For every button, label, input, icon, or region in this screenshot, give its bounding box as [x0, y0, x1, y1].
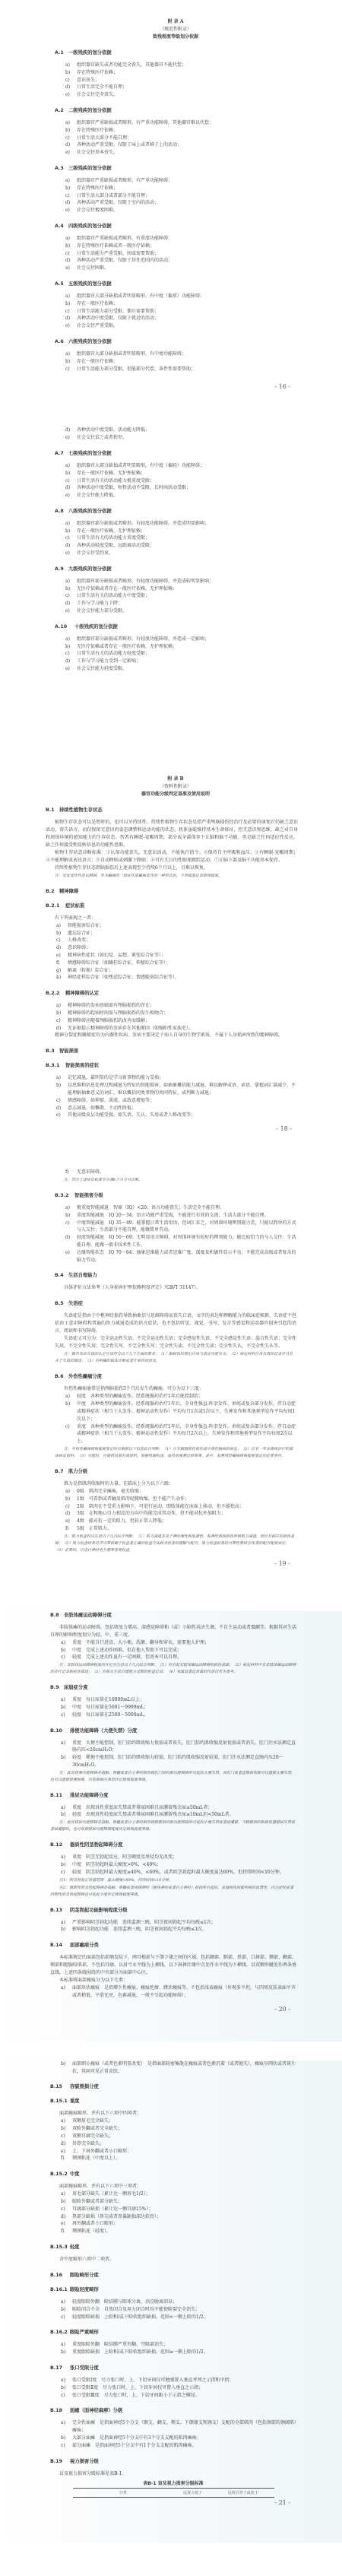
list-marker: a)	[61, 2341, 72, 2349]
note: 注：此处排尿功能障碍是指脑、脊髓或者自主神经损伤致膀胱括约肌功能障碍所引起的小便…	[50, 1819, 296, 1833]
list-item: e)社会交往完全丧失。	[65, 91, 296, 99]
appendix-a-sections-2: A.7七级残疾的划分依据a)组织器官大部分缺损或者明显畸形，有中度（偏轻）功能障…	[55, 449, 296, 673]
list-item: c)日常生活有关的活动能力重度受限；	[65, 535, 296, 542]
list-item: d)意识障碍；	[56, 944, 298, 952]
subsection-heading: B.16.2眼睑严重畸形	[50, 2328, 296, 2335]
list-marker: d)	[65, 1510, 77, 1518]
list-marker: b)	[56, 1082, 68, 1097]
list-item: b)重度眼睑缺损 上睑和/或下睑软组织缺损，范围≥一侧上睑的1/2。	[61, 2349, 296, 2356]
list-marker: a)	[61, 1696, 72, 1704]
list-text: 组织器官部分缺损或者畸形，有轻度功能障碍，并造成一定影响；	[77, 636, 296, 643]
list-marker: c)	[65, 1220, 77, 1235]
list-item: a)组织器官大部分缺损或者明显畸形，有中度（偏轻）功能障碍；	[65, 462, 296, 470]
list-text: 社会交往基本丧失。	[77, 149, 296, 157]
section-heading: B.6外伤性癫痫分度	[55, 1372, 296, 1379]
section-heading: B.9尿崩症分度	[50, 1683, 296, 1690]
list-text: 极重度智能减退 智商（IQ）<20；语言功能丧失；生活完全不能自理。	[77, 1204, 296, 1212]
list-item: b)轻度 稀便不能控制，肛门括约肌收缩力较弱，肛门括约肌收缩反射较弱，肛门注水法…	[61, 1754, 296, 1769]
list-item: d)鼻部分缺损（鼻尖或者鼻翼缺损深达软骨）；	[61, 2213, 296, 2221]
list-text: 影响阴茎勃起功能 连续监测三晚，阴茎夜间勃起平均每晚≤3次。	[72, 1926, 296, 1934]
subsection-heading: B.3.2智能损害分级	[55, 1191, 296, 1198]
grading-list: a)轻度 各种类型的癫痫发作，经系统服药治疗1年后能控制的；b)中度 各种类型的…	[65, 1393, 296, 1445]
list-marker: c)	[56, 1097, 68, 1105]
list-marker: c)	[61, 2206, 72, 2213]
list-marker: c)	[65, 366, 77, 373]
subsection-heading: B.15.1重度	[50, 2097, 296, 2104]
list-marker: d)	[65, 315, 77, 322]
intro-text: 盲及视力损害分级标准见表B-1。	[50, 2470, 296, 2478]
list-marker: d)	[56, 1025, 68, 1033]
section-heading: A.5五级残疾的划分依据	[55, 280, 296, 287]
page-17-body: B.1持续性植物生存状态 植物生存状态可以是暂时的，也可以呈持续性。持续性植物生…	[0, 806, 342, 1132]
list-marker: a)	[61, 1919, 72, 1927]
list-text: 日常生活有关的活动能力重度受限；	[77, 535, 296, 542]
list-item: d)日常生活完全不能自理；	[65, 84, 296, 91]
list-item: c)2级 肌肉在不受重力影响下，可进行运动，即肢体能在床面上移动，但不能抬高；	[65, 1503, 296, 1511]
section-heading: B.16眼睑畸形分度	[50, 2271, 296, 2278]
list-item: c)重度 各种类型的癫痫发作，经系统服药治疗1年后，全身性强直-阵挛发作、单纯或…	[65, 1423, 296, 1445]
list-marker: a)	[65, 62, 77, 69]
paragraph: 精神分裂症和躁郁症均为内源性疾病，发病主要决定于病人自身的生物学素质，不属于人身…	[46, 1032, 298, 1039]
subsection-heading: B.16.1眼睑轻度畸形	[50, 2286, 296, 2292]
list-text: 其他高级皮层功能受损，如失语、失认、失用或者人格改变等；	[68, 1112, 298, 1119]
list-marker: c)	[61, 1654, 72, 1661]
list-text: 重度 每日尿量在10000mL以上；	[72, 1696, 296, 1704]
grading-list: a)重度 大便不能控制，肛门括约肌收缩力很弱或者丧失，肛门括约肌收缩反射很弱或者…	[61, 1740, 296, 1769]
list-item: b)存在一般医疗依赖；	[65, 358, 296, 366]
list-marker: e)	[65, 149, 77, 157]
list-marker: e)	[65, 434, 77, 442]
list-text: 存在特殊医疗依赖或者一般医疗依赖；	[77, 243, 296, 250]
list-item: h)神经症样综合征（如焦虑综合征、情感脆弱综合征等）。	[56, 974, 298, 982]
grading-list: a)重度 阴茎无勃起反应，阴茎硬度及周径均无改变；b)中度 阴茎勃起时最大硬度>…	[61, 1854, 296, 1876]
list-marker: e)	[61, 2220, 72, 2228]
list-text: 0级 肌肉完全瘫痪，毫无收缩；	[77, 1488, 296, 1496]
list-text: 组织器官严重缺损或者畸形，有重度功能障碍；	[77, 235, 296, 243]
list-text: 重度眼睑外翻 睑结膜严重外翻，穹隆部消失；	[72, 2341, 296, 2349]
grading-list: a)严重影响阴茎勃起功能 连续监测三晚，阴茎夜间勃起平均每晚≤1次；b)影响阴茎…	[61, 1919, 296, 1934]
list-text: 重度 阴茎无勃起反应，阴茎硬度及周径均无改变；	[72, 1854, 296, 1861]
list-item: d)各种活动严重受限，仅限于室内的活动；	[65, 199, 296, 207]
intro-text: 含中度畸形六项中二项者。	[50, 2256, 296, 2264]
section-heading: A.6六级残疾的划分依据	[55, 338, 296, 344]
list-marker: a)	[65, 1204, 77, 1212]
list-marker: c)	[65, 592, 77, 600]
note: 注：肌力检查时应注意以下几点综合判断：（1）肌力减退多见于神经源性和肌源性，如神…	[55, 1534, 296, 1554]
subsection-heading: B.15.3轻度	[50, 2243, 296, 2250]
list-marker: b)	[61, 1647, 72, 1654]
list-item: b)存在特殊医疗依赖；	[65, 127, 296, 135]
list-item: b)存在一般医疗依赖；	[65, 300, 296, 308]
list-item: c)意识丧失；	[65, 77, 296, 84]
list-text: 眼睑闭合不全 自然闭合及用力闭合时均不能使睑裂完全消失；	[72, 2306, 296, 2314]
list-text: 眉毛部分缺失（累计达一侧眉毛1/2）；	[72, 2191, 296, 2198]
list-marker: b)	[65, 243, 77, 250]
section-heading: A.9九级残疾的划分依据	[55, 565, 296, 572]
paragraph: 持续性植物生存状态指脑损伤后上述表现至少持续6个月以上，且难以恢复。	[46, 864, 298, 872]
table-caption: 表B-1 盲及视力损害分级标准	[73, 2479, 274, 2486]
paragraph: 植物生存状态可以是暂时的，也可以呈持续性。持续性植物生存状态是指严重颅脑损伤经治…	[46, 819, 298, 849]
list-item: b)存在特殊医疗依赖；	[65, 185, 296, 192]
paragraph: 具体评价方法参考《人身损害护理依赖程度评定》（GB/T 31147）。	[55, 1284, 296, 1292]
criteria-list: a)组织器官部分缺损或者畸形，有轻度功能障碍，并造成一定影响；b)无医疗依赖或者…	[65, 636, 296, 673]
appendix-b-subtitle: 器官功能分级判定基准及使用说明	[55, 791, 296, 798]
list-marker: a)	[65, 293, 77, 300]
criteria-list: a)组织器官部分缺损或者畸形，有轻度功能障碍，并造成较明显影响；b)无医疗依赖或…	[65, 578, 296, 615]
list-marker: d)	[65, 427, 77, 434]
list-marker: b)	[65, 300, 77, 308]
criteria-list: a)组织器官大部分缺损或者明显畸形，有中度（偏重）功能障碍；b)存在一般医疗依赖…	[65, 293, 296, 330]
list-marker: d)	[65, 257, 77, 265]
list-text: 严重影响阴茎勃起功能 连续监测三晚，阴茎夜间勃起平均每晚≤1次；	[72, 1919, 296, 1927]
table-header: 远视力低于	[173, 2488, 212, 2497]
section-heading: B.19视力损害分级	[50, 2457, 296, 2464]
list-text: 各种活动中度受限，仅限于就近的活动；	[77, 315, 296, 322]
list-text: 组织器官严重缺损或者畸形，有严重功能障碍；	[77, 177, 296, 185]
intro-text: 面部瘢痕畸形，并有以下六项中三项者：	[50, 2183, 296, 2191]
list-item: c)轻度 每日尿量在2500～5000mL。	[61, 1712, 296, 1719]
list-text: 5级 正常肌力。	[77, 1525, 296, 1533]
page-19: f)无意识障碍。 注：符合上述症状标准至少满6个月方可诊断。 B.3.2智能损害…	[0, 1169, 342, 1567]
list-text: 社会交往受约束。	[77, 550, 296, 557]
list-text: 轻度 完成上述动作虽有一定困难，但基本可以自理。	[72, 1654, 296, 1661]
list-item: e)唇外翻或者小口畸形；	[61, 2220, 296, 2228]
list-item: e)其他高级皮层功能受损，如失语、失认、失用或者人格改变等；	[56, 1112, 298, 1119]
list-text: 轻度眼睑外翻 睑结膜与眼球分离，泪点脱离泪阜；	[72, 2298, 296, 2306]
intro-text: 肌力是指肌肉收缩时的力量，在临床上分为以下六级：	[55, 1480, 296, 1488]
list-marker: d)	[65, 484, 77, 492]
criteria-list: a)精神障碍的发病基础需有颅脑损伤的存在；b)精神障碍的起病时间需与颅脑损伤的发…	[56, 1002, 298, 1032]
section-heading: B.8非肢体瘫运动障碍分度	[50, 1611, 296, 1618]
paragraph: 本标准规定的面部包括前额发际下，两耳根前与下颌下缘之间的区域，包括额部、眶部、鼻…	[50, 1954, 296, 1977]
list-marker: b)	[61, 1926, 72, 1934]
list-item: c)耳廓部分缺损（累计达一侧耳廓15%）；	[61, 2206, 296, 2213]
list-marker: a)	[61, 2298, 72, 2306]
list-text: 社会交往能力降低。	[77, 492, 296, 500]
list-text: 耳廓部分缺损（累计达一侧耳廓15%）；	[72, 2206, 296, 2213]
list-marker: b)	[65, 643, 77, 651]
list-text: 轻度 各种类型的癫痫发作，经系统服药治疗1年后能控制的；	[77, 1393, 296, 1401]
list-item: b)眼睑外翻或者部分缺失；	[61, 2198, 296, 2206]
list-marker: g)	[56, 967, 68, 975]
list-text: 日常生活大部分或者部分不能自理；	[77, 192, 296, 200]
list-text: 存在特殊医疗依赖；	[77, 69, 296, 77]
list-text: 意识障碍；	[68, 944, 298, 952]
list-text: 智能损害综合征；	[68, 922, 298, 930]
list-text: 外鼻完全缺失；	[72, 2140, 296, 2148]
list-marker: b)	[61, 1754, 72, 1769]
list-text: 完全性面瘫 是指面神经5个分支（颞支、颧支、颊支、下颌缘支和颈支）支配的全部肌肉…	[72, 2419, 296, 2435]
list-text: 3级 在和地心引力相反的方向中尚能完成其动作，但不能对抗外加阻力；	[77, 1510, 296, 1518]
appendix-a-type: （规范性附录）	[55, 26, 296, 33]
list-item: b)以思维和信息处理过程减退为特征的智能损害，如抽象概括能力减退，难以解释成语、…	[56, 1082, 298, 1097]
list-item: b)影响阴茎勃起功能 连续监测三晚，阴茎夜间勃起平均每晚≤3次。	[61, 1926, 296, 1934]
list-item: a)严重影响阴茎勃起功能 连续监测三晚，阴茎夜间勃起平均每晚≤1次；	[61, 1919, 296, 1927]
page-number: - 20 -	[50, 2006, 296, 2013]
list-marker: e)	[56, 1112, 68, 1119]
list-item: d)各种活动轻度受限，远距离活动受限；	[65, 542, 296, 550]
list-marker: e)	[65, 1249, 77, 1264]
list-marker: b)	[65, 585, 77, 593]
list-marker: c)	[65, 650, 77, 658]
list-text: 社会交往能力轻度受限。	[77, 665, 296, 673]
symptom-list: a)记忆减退，最明显的是学习新事物的能力受损；b)以思维和信息处理过程减退为特征…	[56, 1074, 298, 1119]
grading-list: a)重度 每日尿量在10000mL以上；b)中度 每日尿量在5001～9999m…	[61, 1696, 296, 1718]
list-text: 大部分面瘫 是指面神经5个分支中有3个分支支配的肌肉瘫痪；	[72, 2435, 296, 2442]
list-text: 精神病性症状（如幻觉、妄想、紧张综合征等）；	[68, 952, 298, 960]
list-text: 记忆减退，最明显的是学习新事物的能力受损；	[68, 1074, 298, 1082]
section-heading: B.17张口受限分度	[50, 2364, 296, 2371]
list-item: b)中度 完成上述动作困难，但在他人帮助下可以完成；	[61, 1647, 296, 1654]
list-item: c)日常生活大部分不能自理；	[65, 135, 296, 142]
section-heading: B.12器质性阴茎勃起障碍分度	[50, 1841, 296, 1848]
list-text: 日常生活能力部分受限，但能部分代偿，条件性需要帮助；	[77, 366, 296, 373]
list-item: a)重度 不能自行进食、大小便、洗漱、翻身和穿衣，需要他人护理；	[61, 1639, 296, 1647]
list-item: b)无医疗依赖或者存在一般医疗依赖，无护理依赖；	[65, 643, 296, 651]
list-marker: c)	[65, 308, 77, 316]
list-text: 人格改变；	[68, 937, 298, 944]
list-text: 组织器官缺失或者功能完全丧失，其他器官不能代偿；	[77, 62, 296, 69]
list-item: e)社会交往困难。	[65, 265, 296, 272]
list-text: 轻度 阴茎勃起时最大硬度≥40%，<60%，或者阴茎勃起时最大硬度虽达60%，但…	[72, 1869, 296, 1876]
list-item: g)解离（转换）综合征；	[56, 967, 298, 975]
list-item: c)日常生活有关的活动能力中度受限；	[65, 592, 296, 600]
list-text: 存在特殊医疗依赖；	[77, 185, 296, 192]
section-heading: A.8八级残疾的划分依据	[55, 507, 296, 514]
appendix-a-subtitle: 致残程度等级划分依据	[55, 33, 296, 41]
list-item: b)无医疗依赖或者存在一般医疗依赖，无护理依赖；	[65, 585, 296, 593]
note: 注：符合上述症状标准至少满6个月方可诊断。	[55, 1177, 296, 1184]
list-text: 社会交往贫乏或者狭窄。	[77, 434, 296, 442]
list-marker: e)	[65, 207, 77, 214]
section-heading: A.7七级残疾的划分依据	[55, 449, 296, 456]
list-item: d)3级 在和地心引力相反的方向中尚能完成其动作，但不能对抗外加阻力；	[65, 1510, 296, 1518]
list-marker: b)	[61, 1704, 72, 1712]
list-item: c)日常生活能力部分受限，但能部分代偿，条件性需要帮助；	[65, 366, 296, 373]
list-item: d)无证据提示精神障碍的发病存在其他原因（如强阳性家族史）。	[56, 1025, 298, 1033]
section-heading: B.3智能损害	[46, 1047, 298, 1054]
list-text: 精神障碍的起病时间需与颅脑损伤的发生相吻合；	[68, 1010, 298, 1017]
list-item: a)轻度眼睑外翻 睑结膜与眼球分离，泪点脱离泪阜；	[61, 2298, 296, 2306]
list-marker: c)	[65, 135, 77, 142]
list-item: b)轻度 出现真性轻度尿失禁或者排尿困难且尿潴留残余尿≥10mL但<50mL者。	[61, 1811, 296, 1819]
list-item: c)双侧耳廓完全缺失；	[61, 2133, 296, 2140]
list-item: b)双睑外翻或者完全缺失；	[61, 2125, 296, 2133]
list-text: 组织器官大部分缺损或者明显畸形，有中度功能障碍；	[77, 351, 296, 358]
list-text: 重度 不能自行进食、大小便、洗漱、翻身和穿衣，需要他人护理；	[72, 1639, 296, 1647]
section-heading: B.14面部瘢痕分类	[50, 1941, 296, 1948]
list-marker: e)	[61, 2148, 72, 2156]
list-marker: a)	[61, 2419, 72, 2435]
list-item: d)各种活动中度受限，仅限于就近的活动；	[65, 315, 296, 322]
intro-text: 有下列表现之一者：	[46, 915, 298, 922]
list-marker: c)	[61, 2133, 72, 2140]
list-item: a)组织器官部分缺损或者畸形，有轻度功能障碍，并造成较明显影响；	[65, 578, 296, 585]
list-marker: c)	[56, 937, 68, 944]
section-heading: B.1持续性植物生存状态	[46, 806, 298, 813]
list-item: c)日常生活能力部分受限，偶尔需要帮助；	[65, 308, 296, 316]
list-item: b)眼睑闭合不全 自然闭合及用力闭合时均不能使睑裂完全消失；	[61, 2306, 296, 2314]
intro-text: 外伤性癫痫通常是指颅脑损伤3个月后发生的癫痫，可分为以下三度：	[55, 1385, 296, 1393]
list-marker: a)	[61, 1854, 72, 1861]
list-item: b)存在特殊医疗依赖或者一般医疗依赖；	[65, 243, 296, 250]
section-heading: A.1一级残疾的划分依据	[55, 49, 296, 56]
list-text: 边缘智能状态 IQ 70～84；抽象思维能力或者思维广度、深度及机敏性显示不良；…	[77, 1249, 296, 1264]
list-text: 颏颈粘连（中度以上）。	[72, 2155, 296, 2162]
list-marker: a)	[65, 578, 77, 585]
list-marker: c)	[65, 1503, 77, 1511]
list-text: 重度 各种类型的癫痫发作，经系统服药治疗1年后，全身性强直-阵挛发作、单纯或复杂…	[77, 1423, 296, 1445]
section-heading: B.7肌力分级	[55, 1467, 296, 1474]
list-text: 张口受限Ⅰ度 尽力张口时，上、下切牙间仅可勉强置入垂直并列之示指和中指；	[72, 2377, 296, 2384]
list-marker: a)	[56, 922, 68, 930]
vision-table: 表B-1 盲及视力损害分级标准 分类 远视力低于 远视力等于或优于	[73, 2479, 274, 2498]
grading-list: a)重度 不能自行进食、大小便、洗漱、翻身和穿衣，需要他人护理；b)中度 完成上…	[61, 1639, 296, 1661]
list-marker: a)	[61, 2118, 72, 2125]
section-heading: A.4四级残疾的划分依据	[55, 222, 296, 229]
list-text: 面部块状瘢痕 是指增生性瘢痕、瘢痕疙瘩、蹼状瘢痕等，不包括浅表瘢痕（外观多平坦，…	[72, 1984, 296, 2000]
list-item: c)中度智能减退 IQ 35～49；能掌握日常生活用语，但词汇贫乏，对周围环境辨…	[65, 1220, 296, 1235]
list-text: 无意识障碍。	[77, 1169, 296, 1176]
criteria-list: a)组织器官严重缺损或者畸形，有严重功能障碍；b)存在特殊医疗依赖；c)日常生活…	[65, 177, 296, 214]
list-marker: a)	[65, 636, 77, 643]
list-marker: a)	[65, 177, 77, 185]
list-text: 存在一般医疗依赖；	[77, 300, 296, 308]
appendix-a-title: 附 录 A	[55, 18, 296, 26]
criteria-list: a)组织器官严重缺损或者畸形，有严重功能障碍，其他器官难以代偿；b)存在特殊医疗…	[65, 119, 296, 157]
list-text: 社会交往困难。	[77, 265, 296, 272]
subsection-heading: B.3.1智能损害的症状	[46, 1061, 298, 1068]
list-item: c)日常生活有关的活动能力极重度受限；	[65, 477, 296, 485]
list-item: a)重度 每日尿量在10000mL以上；	[61, 1696, 296, 1704]
grading-list: a)张口受限Ⅰ度 尽力张口时，上、下切牙间仅可勉强置入垂直并列之示指和中指；b)…	[61, 2377, 296, 2399]
list-item: c)轻度 完成上述动作虽有一定困难，但基本可以自理。	[61, 1654, 296, 1661]
list-marker: b)	[61, 2060, 72, 2076]
list-marker: b)	[56, 930, 68, 937]
appendix-a-sections: A.1一级残疾的划分依据a)组织器官缺失或者功能完全丧失，其他器官不能代偿；b)…	[55, 49, 296, 373]
list-marker: c)	[61, 2314, 72, 2321]
list-marker: d)	[61, 2213, 72, 2221]
grading-list: a)极重度智能减退 智商（IQ）<20；语言功能丧失；生活完全不能自理。b)重度…	[65, 1204, 296, 1264]
intro-text: 面部瘢痕畸形，并有以下六项中四项者：	[50, 2110, 296, 2118]
list-item: e)社会交往能力部分受限。	[65, 608, 296, 615]
list-text: 双侧眉毛完全缺失；	[72, 2118, 296, 2125]
list-text: 日常生活大部分不能自理；	[77, 135, 296, 142]
list-text: 社会交往能力部分受限。	[77, 608, 296, 615]
list-item: c)部分面瘫 是指面神经5个分支中有1个分支支配的肌肉瘫痪。	[61, 2442, 296, 2450]
section-heading: B.10排便功能障碍（大便失禁）分度	[50, 1727, 296, 1734]
list-marker: a)	[61, 1804, 72, 1812]
list-text: 社会交往极度困难。	[77, 207, 296, 214]
criteria-list: a)重度眼睑外翻 睑结膜严重外翻，穹隆部消失；b)重度眼睑缺损 上睑和/或下睑软…	[61, 2341, 296, 2356]
section-heading: B.18面瘫（面神经麻痹）分级	[50, 2406, 296, 2413]
scar-type-list: a)面部块状瘢痕 是指增生性瘢痕、瘢痕疙瘩、蹼状瘢痕等，不包括浅表瘢痕（外观多平…	[61, 1984, 296, 2000]
list-marker: d)	[61, 2140, 72, 2148]
list-item: c)日常生活有关的活动能力轻度受限；	[65, 650, 296, 658]
list-text: 无证据提示精神障碍的发病存在其他原因（如强阳性家族史）。	[68, 1025, 298, 1033]
list-item: b)存在特殊医疗依赖；	[65, 69, 296, 77]
list-text: 各种活动中度受限，短暂活动不受限，长时间活动受限；	[77, 484, 296, 492]
list-marker: f)	[61, 2228, 72, 2235]
list-marker: c)	[56, 1017, 68, 1025]
list-marker: d)	[65, 141, 77, 149]
list-item: e)社会交往能力轻度受限。	[65, 665, 296, 673]
list-item: a)双侧眉毛完全缺失；	[61, 2118, 296, 2125]
list-item: a)组织器官大部分缺损或者明显畸形，有中度（偏重）功能障碍；	[65, 293, 296, 300]
list-marker: a)	[61, 1984, 72, 2000]
note: 注2：器质性阴茎勃起障碍是指脑、脊髓或者周围神经（躯体神经或者自主神经）损伤所引…	[50, 1885, 296, 1899]
list-item: e)社会交往受约束。	[65, 550, 296, 557]
list-item: a)智能损害综合征；	[56, 922, 298, 930]
list-marker: c)	[61, 1712, 72, 1719]
list-text: 颏颈粘连（轻度）。	[72, 2228, 296, 2235]
list-text: 精神障碍的发病基础需有颅脑损伤的存在；	[68, 1002, 298, 1010]
list-marker: a)	[56, 1002, 68, 1010]
section-heading: B.11排尿功能障碍分度	[50, 1791, 296, 1798]
list-item: b)中度 每日尿量在5001～9999mL；	[61, 1704, 296, 1712]
grading-list: a)重度 出现真性重度尿失禁或者排尿困难且尿潴留残余尿≥50mL者；b)轻度 出…	[61, 1804, 296, 1819]
list-text: 情感障碍，如抑郁、淡漠，或敌意增加等；	[68, 1097, 298, 1105]
list-marker: c)	[65, 192, 77, 200]
list-text: 轻度 每日尿量在2500～5000mL。	[72, 1712, 296, 1719]
list-marker: b)	[65, 528, 77, 535]
list-item: d)意志减退，如懒散、主动性降低；	[56, 1105, 298, 1112]
list-text: 各种活动轻度受限，远距离活动受限；	[77, 542, 296, 550]
list-text: 张口受限Ⅱ度 尽力张口时，上、下切牙间仅可置入垂直之示指；	[72, 2384, 296, 2392]
list-text: 日常生活有关的活动能力轻度受限；	[77, 650, 296, 658]
list-item: e)社会交往严重受限。	[65, 322, 296, 330]
list-text: 神经症样综合征（如焦虑综合征、情感脆弱综合征等）。	[68, 974, 298, 982]
list-item: d)工作与学习能力受到一定影响；	[65, 658, 296, 665]
list-text: 工作与学习能力受到一定影响；	[77, 658, 296, 665]
list-text: 双睑外翻或者完全缺失；	[72, 2125, 296, 2133]
list-marker: d)	[56, 944, 68, 952]
page-gap	[0, 1573, 342, 1604]
list-item: a)组织器官严重缺损或者畸形，有严重功能障碍，其他器官难以代偿；	[65, 119, 296, 127]
list-text: 中度 各种类型的癫痫发作，经系统服药治疗1年后，全身性强直-阵挛发作、单纯或复杂…	[77, 1401, 296, 1423]
list-marker: d)	[56, 1105, 68, 1112]
paragraph: 植物生存状态诊断标准：①认知功能丧失，无意识活动，不能执行指令；②保持自主呼吸和…	[46, 849, 298, 864]
list-item: b)遗忘综合征；	[56, 930, 298, 937]
list-marker: e)	[56, 952, 68, 960]
list-marker: e)	[65, 665, 77, 673]
list-text: 组织器官严重缺损或者畸形，有严重功能障碍，其他器官难以代偿；	[77, 119, 296, 127]
list-marker: c)	[65, 77, 77, 84]
list-item: d)工作与学习能力下降；	[65, 600, 296, 608]
list-item: e)社会交往能力降低。	[65, 492, 296, 500]
list-item: f)情感障碍综合征（如躁狂综合征、抑郁综合征等）；	[56, 960, 298, 967]
list-item: e)精神病性症状（如幻觉、妄想、紧张综合征等）；	[56, 952, 298, 960]
list-marker: c)	[65, 535, 77, 542]
page-gap	[0, 2041, 342, 2060]
list-marker: b)	[61, 2198, 72, 2206]
page-16: 附 录 A （规范性附录） 致残程度等级划分依据 A.1一级残疾的划分依据a)组…	[0, 0, 342, 390]
list-marker: a)	[61, 2377, 72, 2384]
subsection-heading: B.2.1症状标准	[46, 902, 298, 909]
list-marker: a)	[65, 235, 77, 243]
list-marker: b)	[65, 1496, 77, 1503]
section-heading: B.15容貌毁损分度	[50, 2083, 296, 2089]
list-text: 中度 阴茎勃起时最大硬度>0%，<40%；	[72, 1861, 296, 1869]
list-item: d)各种活动严重受限，仅限于居住范围内的活动；	[65, 257, 296, 265]
list-marker: e)	[65, 1518, 77, 1525]
list-marker: h)	[56, 974, 68, 982]
list-item: c)人格改变；	[56, 937, 298, 944]
list-item: b)中度 阴茎勃起时最大硬度>0%，<40%；	[61, 1861, 296, 1869]
page-17: d)各种活动中度受限，活动能力降低；e)社会交往贫乏或者狭窄。 A.7七级残疾的…	[0, 427, 342, 798]
list-marker: c)	[65, 477, 77, 485]
list-item: d)轻度智能减退 IQ 50～69；无明显语言障碍，对周围环境有较好的辨别能力，…	[65, 1234, 296, 1249]
